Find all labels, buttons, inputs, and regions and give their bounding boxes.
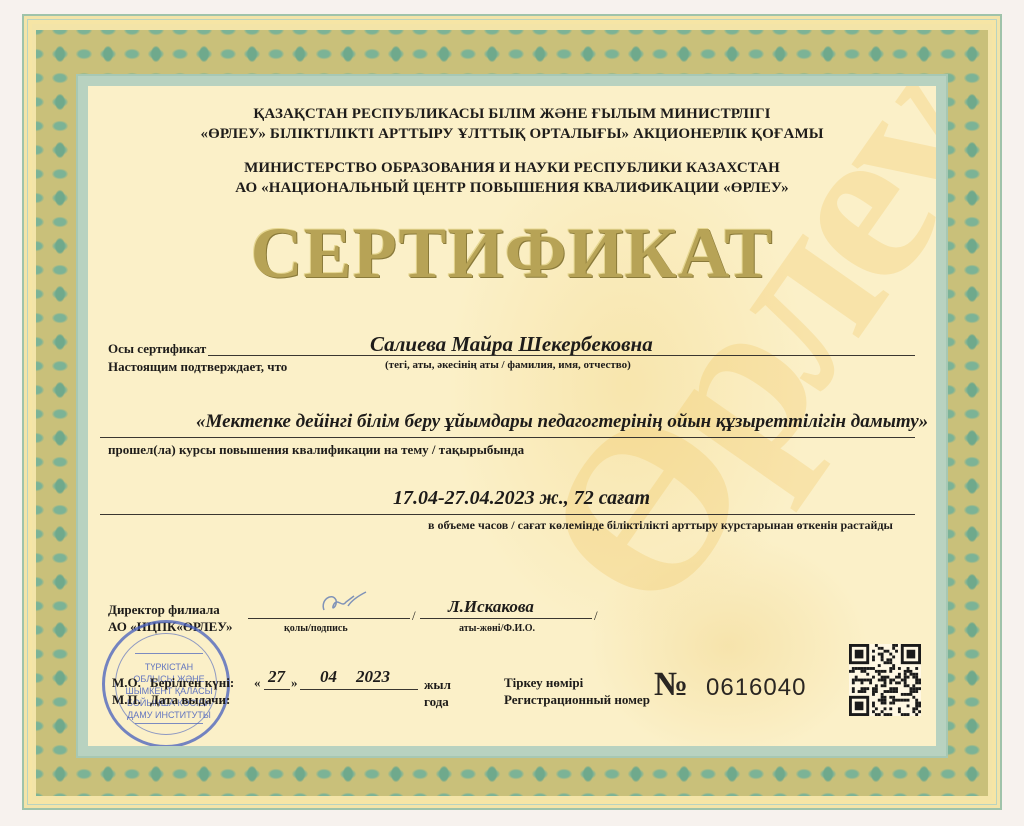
issue-date-label-kz: Берілген күні: [150,675,234,691]
mo-label: М.О. [112,675,141,691]
date-quote-close: » [291,675,298,691]
header-kz-line2: «ӨРЛЕУ» БІЛІКТІЛІКТІ АРТТЫРУ ҰЛТТЫҚ ОРТА… [88,126,936,143]
course-period: 17.04-27.04.2023 ж., 72 сағат [393,487,650,510]
year-suffix-kz: жыл [424,677,451,693]
course-topic-underline [100,437,915,438]
recipient-label-kz: Осы сертификат [108,341,206,357]
certificate-paper: Өрлеу ҚАЗАҚСТАН РЕСПУБЛИКАСЫ БІЛІМ ЖӘНЕ … [88,86,936,746]
handwritten-signature [318,590,370,616]
issue-date-label-ru: Дата выдачи: [150,692,230,708]
recipient-name: Салиева Майра Шекербековна [370,332,653,357]
qr-code [849,644,921,716]
signer-name-line [420,618,592,619]
recipient-label-ru: Настоящим подтверждает, что [108,359,287,375]
date-quote-open: « [254,675,261,691]
stamp-text: ТҮРКІСТАН ОБЛЫСЫ ЖӘНЕ ШЫМКЕНТ ҚАЛАСЫ БОЙ… [105,661,233,721]
header-ru-line2: АО «НАЦИОНАЛЬНЫЙ ЦЕНТР ПОВЫШЕНИЯ КВАЛИФИ… [88,180,936,197]
issue-day: 27 [268,667,285,687]
issue-year-line [346,689,418,690]
certificate-title: СЕРТИФИКАТ [88,212,936,295]
registration-label-kz: Тіркеу нөмірі [504,675,583,691]
header-kz-line1: ҚАЗАҚСТАН РЕСПУБЛИКАСЫ БІЛІМ ЖӘНЕ ҒЫЛЫМ … [88,106,936,123]
signer-name: Л.Искакова [448,597,534,617]
signer-position-line1: Директор филиала [108,602,220,618]
course-period-underline [100,514,915,515]
signature-line [248,618,410,619]
course-label: прошел(ла) курсы повышения квалификации … [108,442,524,458]
signer-name-label: аты-жөні/Ф.И.О. [459,623,535,634]
course-topic: «Мектепке дейінгі білім беру ұйымдары пе… [196,411,928,433]
issue-month: 04 [320,667,337,687]
signature-separator-1: / [412,608,416,624]
course-volume-label: в объеме часов / сағат көлемінде білікті… [428,518,893,533]
recipient-name-hint: (тегі, аты, әкесінің аты / фамилия, имя,… [385,359,631,371]
issue-year: 2023 [356,667,390,687]
header-ru-line1: МИНИСТЕРСТВО ОБРАЗОВАНИЯ И НАУКИ РЕСПУБЛ… [88,160,936,177]
recipient-name-underline [208,355,915,356]
registration-label-ru: Регистрационный номер [504,692,650,708]
registration-number: 0616040 [706,674,806,702]
mp-label: М.П. [112,692,141,708]
year-suffix-ru: года [424,694,449,710]
signature-label: қолы/подпись [284,623,348,634]
signature-separator-2: / [594,608,598,624]
registration-number-sign: № [654,666,688,704]
issue-day-line [264,689,290,690]
